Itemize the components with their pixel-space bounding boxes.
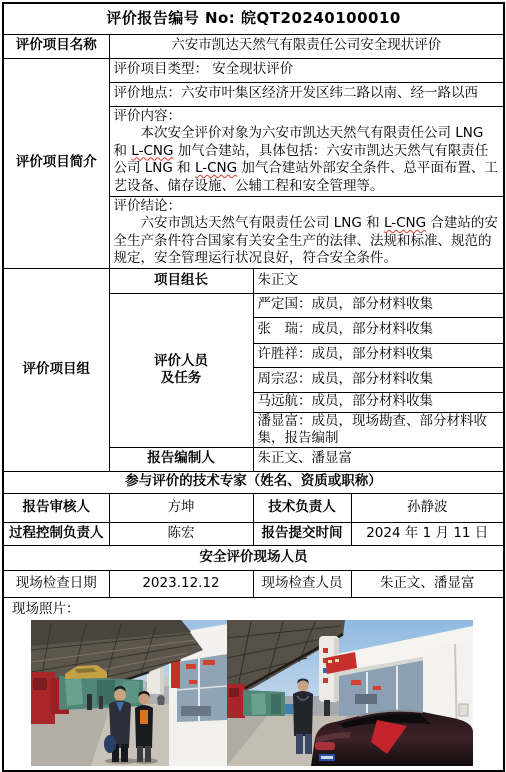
team-leader-label: 项目组长: [109, 268, 253, 293]
evaluation-report-table: 评价报告编号 No: 皖QT20240100010 评价项目名称 六安市凯达天然…: [2, 2, 505, 772]
project-address-line: 评价地点：六安市叶集区经济开发区纬二路以南、经一路以西: [109, 82, 504, 106]
site-photo-strip: [31, 620, 503, 766]
process-control-value: 陈宏: [109, 522, 253, 545]
tech-lead-value: 孙静波: [351, 493, 504, 522]
team-label: 评价项目组: [3, 268, 109, 471]
submit-time-label: 报告提交时间: [253, 522, 351, 545]
site-photo-left: [31, 620, 227, 766]
report-auditor-label: 报告审核人: [3, 493, 109, 522]
project-conclusion-text: 评价结论： 六安市凯达天然气有限责任公司 LNG 和 L-CNG 合建站的安全生…: [109, 196, 504, 268]
project-name-value: 六安市凯达天然气有限责任公司安全现状评价: [109, 34, 504, 58]
report-auditor-value: 方坤: [109, 493, 253, 522]
team-member-row: 严定国：成员，部分材料收集: [253, 293, 504, 317]
team-member-row: 马远航：成员，部分材料收集: [253, 392, 504, 412]
report-writer-value: 朱正文、潘显富: [253, 447, 504, 471]
site-section-title: 安全评价现场人员: [3, 545, 504, 570]
report-number-title: 评价报告编号 No: 皖QT20240100010: [3, 3, 504, 34]
site-date-label: 现场检查日期: [3, 570, 109, 597]
site-staff-label: 现场检查人员: [253, 570, 351, 597]
site-photos-label: 现场照片：: [12, 601, 503, 619]
site-date-value: 2023.12.12: [109, 570, 253, 597]
project-content-text: 评价内容： 本次安全评价对象为六安市凯达天然气有限责任公司 LNG 和 L-CN…: [109, 106, 504, 196]
team-leader-value: 朱正文: [253, 268, 504, 293]
experts-section-title: 参与评价的技术专家（姓名、资质或职称）: [3, 471, 504, 493]
process-control-label: 过程控制负责人: [3, 522, 109, 545]
team-members-label: 评价人员 及任务: [109, 293, 253, 447]
tech-lead-label: 技术负责人: [253, 493, 351, 522]
project-intro-label: 评价项目简介: [3, 58, 109, 268]
team-member-row: 张 瑞：成员，部分材料收集: [253, 317, 504, 343]
report-writer-label: 报告编制人: [109, 447, 253, 471]
team-member-row: 周宗忍：成员，部分材料收集: [253, 367, 504, 392]
team-member-row: 潘显富：成员，现场勘查、部分材料收集，报告编制: [253, 412, 504, 447]
site-staff-value: 朱正文、潘显富: [351, 570, 504, 597]
project-name-label: 评价项目名称: [3, 34, 109, 58]
project-type-line: 评价项目类型： 安全现状评价: [109, 58, 504, 82]
submit-time-value: 2024 年 1 月 11 日: [351, 522, 504, 545]
team-member-row: 许胜祥：成员，部分材料收集: [253, 343, 504, 367]
site-photos-cell: 现场照片：: [3, 597, 504, 771]
site-photo-right: [227, 620, 473, 766]
